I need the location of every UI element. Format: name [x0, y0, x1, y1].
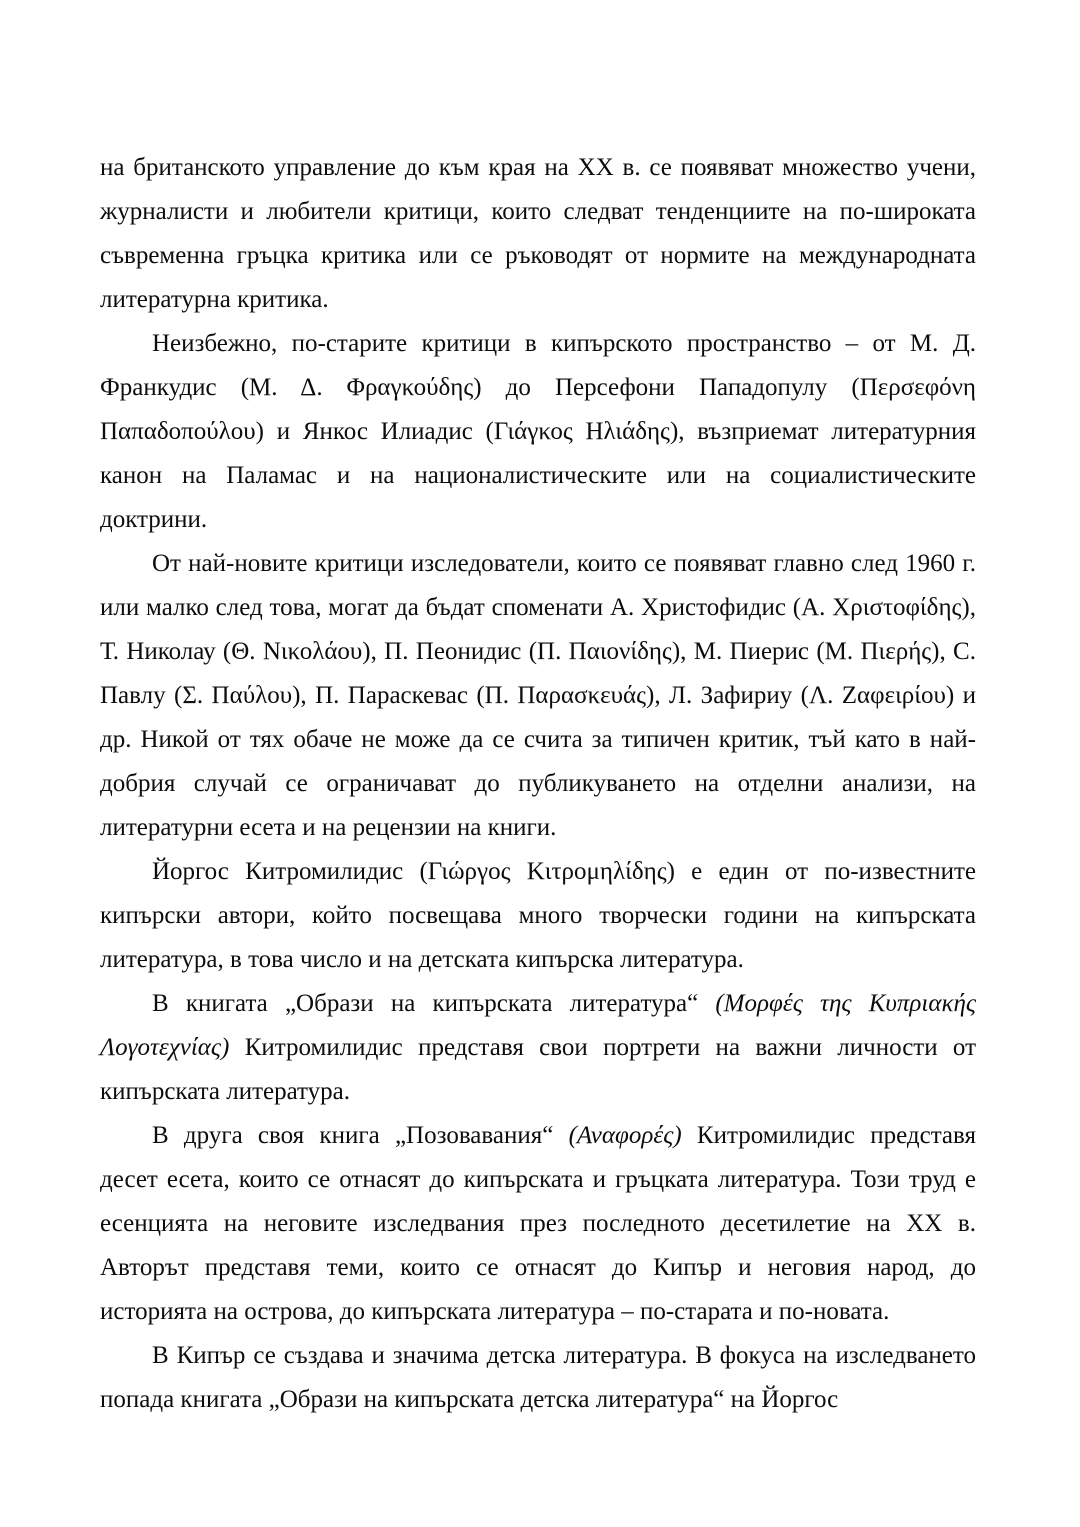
text-run: Йоргос Китромилидис (Γιώργος Κιτρομηλίδη…	[100, 858, 976, 973]
text-run: В Кипър се създава и значима детска лите…	[100, 1342, 976, 1413]
text-run: От най-новите критици изследователи, кои…	[100, 550, 976, 841]
text-run: на британското управление до към края на…	[100, 154, 976, 313]
text-run: Китромилидис представя свои портрети на …	[100, 1034, 976, 1105]
greek-book-title: (Αναφορές)	[569, 1122, 682, 1149]
paragraph-3: От най-новите критици изследователи, кои…	[100, 542, 976, 850]
text-run: В друга своя книга „Позовавания“	[152, 1122, 569, 1149]
paragraph-5: В книгата „Образи на кипърската литерату…	[100, 982, 976, 1114]
text-run: В книгата „Образи на кипърската литерату…	[152, 990, 715, 1017]
document-page: на британското управление до към края на…	[0, 0, 1080, 1527]
paragraph-4: Йоргос Китромилидис (Γιώργος Κιτρομηλίδη…	[100, 850, 976, 982]
paragraph-7: В Кипър се създава и значима детска лите…	[100, 1334, 976, 1422]
text-run: Китромилидис представя десет есета, коит…	[100, 1122, 976, 1325]
paragraph-6: В друга своя книга „Позовавания“ (Αναφορ…	[100, 1114, 976, 1334]
text-run: Неизбежно, по-старите критици в кипърско…	[100, 330, 976, 533]
text-block: на британското управление до към края на…	[100, 146, 976, 1422]
paragraph-1: на британското управление до към края на…	[100, 146, 976, 322]
paragraph-2: Неизбежно, по-старите критици в кипърско…	[100, 322, 976, 542]
